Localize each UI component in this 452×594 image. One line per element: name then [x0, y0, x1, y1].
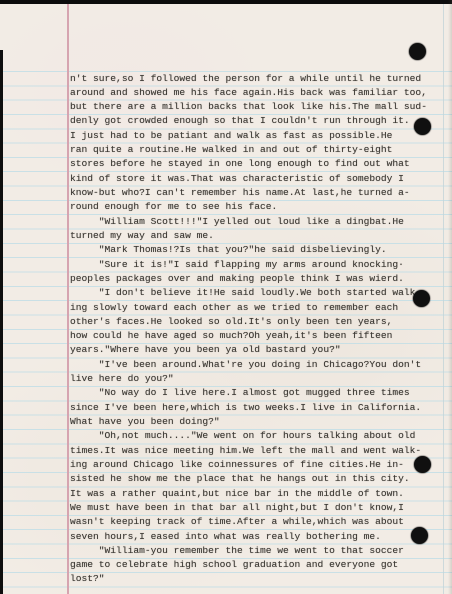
typewritten-text: n't sure,so I followed the person for a …	[70, 72, 427, 587]
red-margin-line	[67, 4, 69, 594]
ink-dot-mark	[413, 290, 430, 307]
scan-edge-left	[0, 50, 3, 594]
ink-dot-mark	[409, 43, 426, 60]
ink-dot-mark	[414, 456, 431, 473]
notebook-page: n't sure,so I followed the person for a …	[0, 0, 452, 594]
ink-dot-mark	[414, 118, 431, 135]
right-margin-line	[443, 4, 444, 594]
ink-dot-mark	[411, 527, 428, 544]
scan-edge-top	[0, 0, 452, 4]
paper-right-edge-shadow	[448, 0, 452, 594]
